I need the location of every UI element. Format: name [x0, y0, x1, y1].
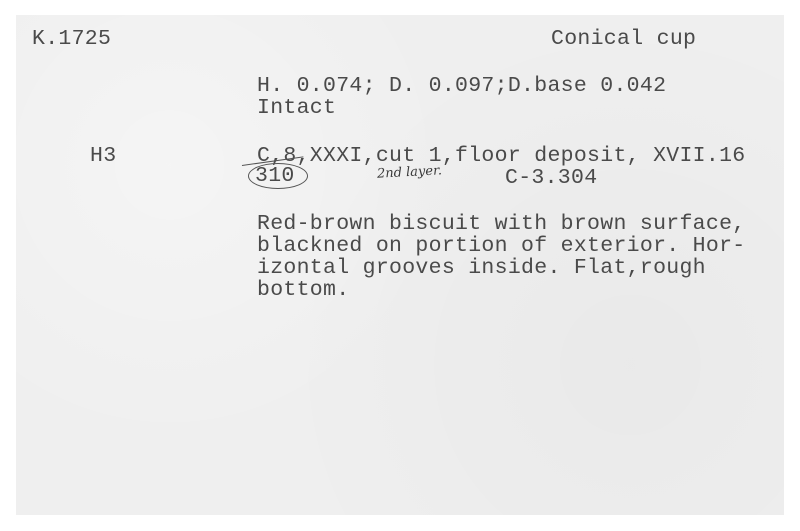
circled-number: 310	[255, 165, 295, 187]
dimensions: H. 0.074; D. 0.097;D.base 0.042	[257, 75, 666, 97]
handwritten-note: 2nd layer.	[377, 163, 443, 181]
catalog-number: K.1725	[32, 28, 111, 50]
condition: Intact	[257, 97, 336, 119]
inventory-ref: C-3.304	[505, 167, 597, 189]
description-line: Red-brown biscuit with brown surface,	[257, 213, 745, 235]
catalog-card: K.1725 Conical cup H. 0.074; D. 0.097;D.…	[16, 15, 784, 515]
provenance-line: C,8,XXXI,cut 1,floor deposit, XVII.16	[257, 145, 745, 167]
description-line: izontal grooves inside. Flat,rough	[257, 257, 706, 279]
object-type: Conical cup	[551, 28, 696, 50]
section-label: H3	[90, 145, 116, 167]
description-line: blackned on portion of exterior. Hor-	[257, 235, 745, 257]
description-line: bottom.	[257, 279, 349, 301]
